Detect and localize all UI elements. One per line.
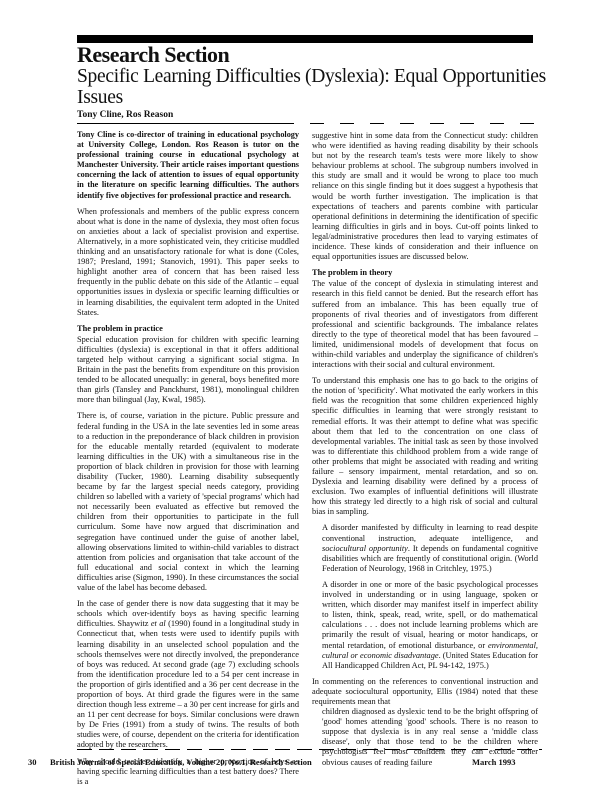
journal-citation: British Journal of Special Education, Vo… — [50, 757, 312, 767]
paragraph: Special education provision for children… — [77, 335, 299, 406]
right-column: suggestive hint in some data from the Co… — [312, 131, 538, 774]
paragraph: In the case of gender there is now data … — [77, 599, 299, 750]
heading-theory: The problem in theory — [312, 268, 538, 278]
authors: Tony Cline, Ros Reason — [77, 110, 173, 120]
paragraph: In commenting on the references to conve… — [312, 677, 538, 768]
footer-rule — [77, 749, 542, 750]
article-title: Specific Learning Difficulties (Dyslexia… — [77, 66, 547, 108]
author-rule — [77, 123, 280, 124]
paragraph: suggestive hint in some data from the Co… — [312, 131, 538, 262]
paragraph: There is, of course, variation in the pi… — [77, 411, 299, 593]
left-column: Tony Cline is co-director of training in… — [77, 130, 299, 793]
issue-date: March 1993 — [472, 757, 516, 767]
author-rule-dashed — [280, 123, 545, 124]
paragraph: To understand this emphasis one has to g… — [312, 376, 538, 517]
page-number: 30 — [28, 757, 37, 767]
section-title: Research Section — [77, 42, 229, 68]
abstract: Tony Cline is co-director of training in… — [77, 130, 299, 201]
block-quote: A disorder manifested by difficulty in l… — [322, 523, 538, 573]
intro-paragraph: When professionals and members of the pu… — [77, 207, 299, 318]
block-quote: A disorder in one or more of the basic p… — [322, 580, 538, 671]
paragraph: The value of the concept of dyslexia in … — [312, 279, 538, 370]
heading-practice: The problem in practice — [77, 324, 299, 334]
